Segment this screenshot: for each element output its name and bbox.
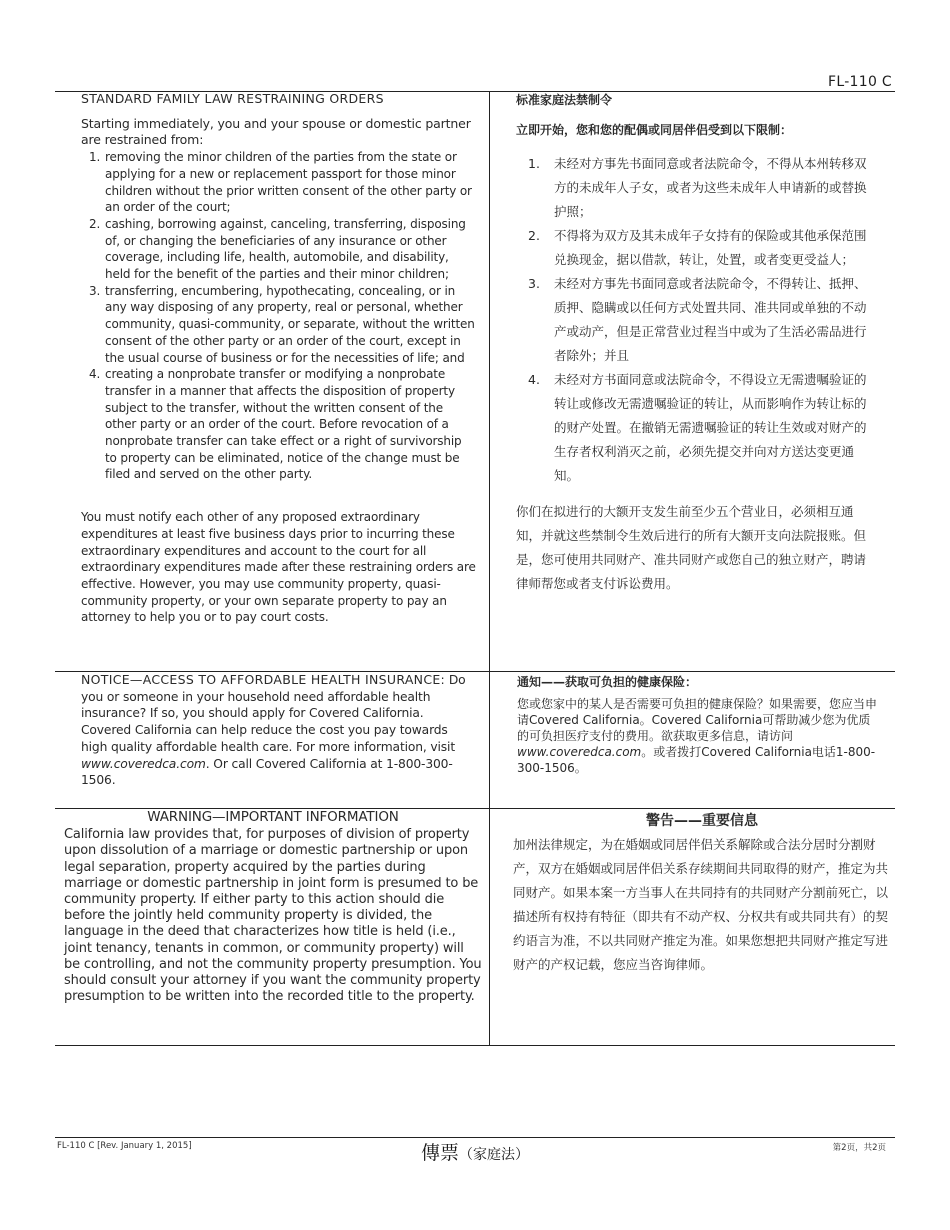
list-item: 2.不得将为双方及其未成年子女持有的保险或其他承保范围兑换现金，据以借款，转让，… [516, 224, 878, 272]
section-title: 通知——获取可负担的健康保险： [517, 674, 877, 690]
section-title: NOTICE—ACCESS TO AFFORDABLE HEALTH INSUR… [81, 672, 445, 687]
list-item: 1.未经对方事先书面同意或者法院命令，不得从本州转移双方的未成年人子女，或者为这… [516, 152, 878, 224]
section-title: WARNING—IMPORTANT INFORMATION [64, 809, 482, 825]
section-title: 警告——重要信息 [513, 809, 891, 833]
covered-ca-link[interactable]: www.coveredca.com [81, 757, 206, 771]
warning-body: California law provides that, for purpos… [64, 827, 482, 1005]
warning-important-info-en: WARNING—IMPORTANT INFORMATION California… [64, 809, 482, 1005]
notice-body: 您或您家中的某人是否需要可负担的健康保险？如果需要，您应当申请Covered C… [517, 696, 877, 776]
restraint-list: 1.removing the minor children of the par… [81, 149, 476, 483]
notify-text: You must notify each other of any propos… [81, 509, 476, 626]
section-title: STANDARD FAMILY LAW RESTRAINING ORDERS [81, 91, 476, 108]
covered-ca-link[interactable]: www.coveredca.com [517, 745, 641, 759]
divider-bottom [55, 1045, 895, 1046]
restraining-orders-en: STANDARD FAMILY LAW RESTRAINING ORDERS S… [81, 91, 476, 626]
health-insurance-notice-zh: 通知——获取可负担的健康保险： 您或您家中的某人是否需要可负担的健康保险？如果需… [517, 674, 877, 776]
restraint-list: 1.未经对方事先书面同意或者法院命令，不得从本州转移双方的未成年人子女，或者为这… [516, 152, 878, 488]
warning-body: 加州法律规定，为在婚姻或同居伴侣关系解除或合法分居时分割财产，双方在婚姻或同居伴… [513, 833, 891, 977]
list-item: 3.未经对方事先书面同意或者法院命令，不得转让、抵押、质押、隐瞒或以任何方式处置… [516, 272, 878, 368]
list-item: 4.creating a nonprobate transfer or modi… [81, 366, 476, 483]
page-number: 第2页，共2页 [833, 1141, 886, 1153]
health-insurance-notice-en: NOTICE—ACCESS TO AFFORDABLE HEALTH INSUR… [81, 672, 471, 789]
warning-important-info-zh: 警告——重要信息 加州法律规定，为在婚姻或同居伴侣关系解除或合法分居时分割财产，… [513, 809, 891, 977]
list-item: 1.removing the minor children of the par… [81, 149, 476, 216]
footer-title: 傳票（家庭法） [0, 1138, 950, 1165]
list-item: 2.cashing, borrowing against, canceling,… [81, 216, 476, 283]
intro-text: 立即开始，您和您的配偶或同居伴侣受到以下限制： [516, 118, 878, 142]
column-divider [489, 91, 490, 1046]
list-item: 4.未经对方书面同意或法院命令，不得设立无需遗嘱验证的转让或修改无需遗嘱验证的转… [516, 368, 878, 488]
intro-text: Starting immediately, you and your spous… [81, 116, 476, 149]
notify-text: 你们在拟进行的大额开支发生前至少五个营业日，必须相互通知，并就这些禁制令生效后进… [516, 500, 878, 596]
restraining-orders-zh: 标准家庭法禁制令 立即开始，您和您的配偶或同居伴侣受到以下限制： 1.未经对方事… [516, 88, 878, 596]
list-item: 3.transferring, encumbering, hypothecati… [81, 283, 476, 367]
section-title: 标准家庭法禁制令 [516, 88, 878, 112]
